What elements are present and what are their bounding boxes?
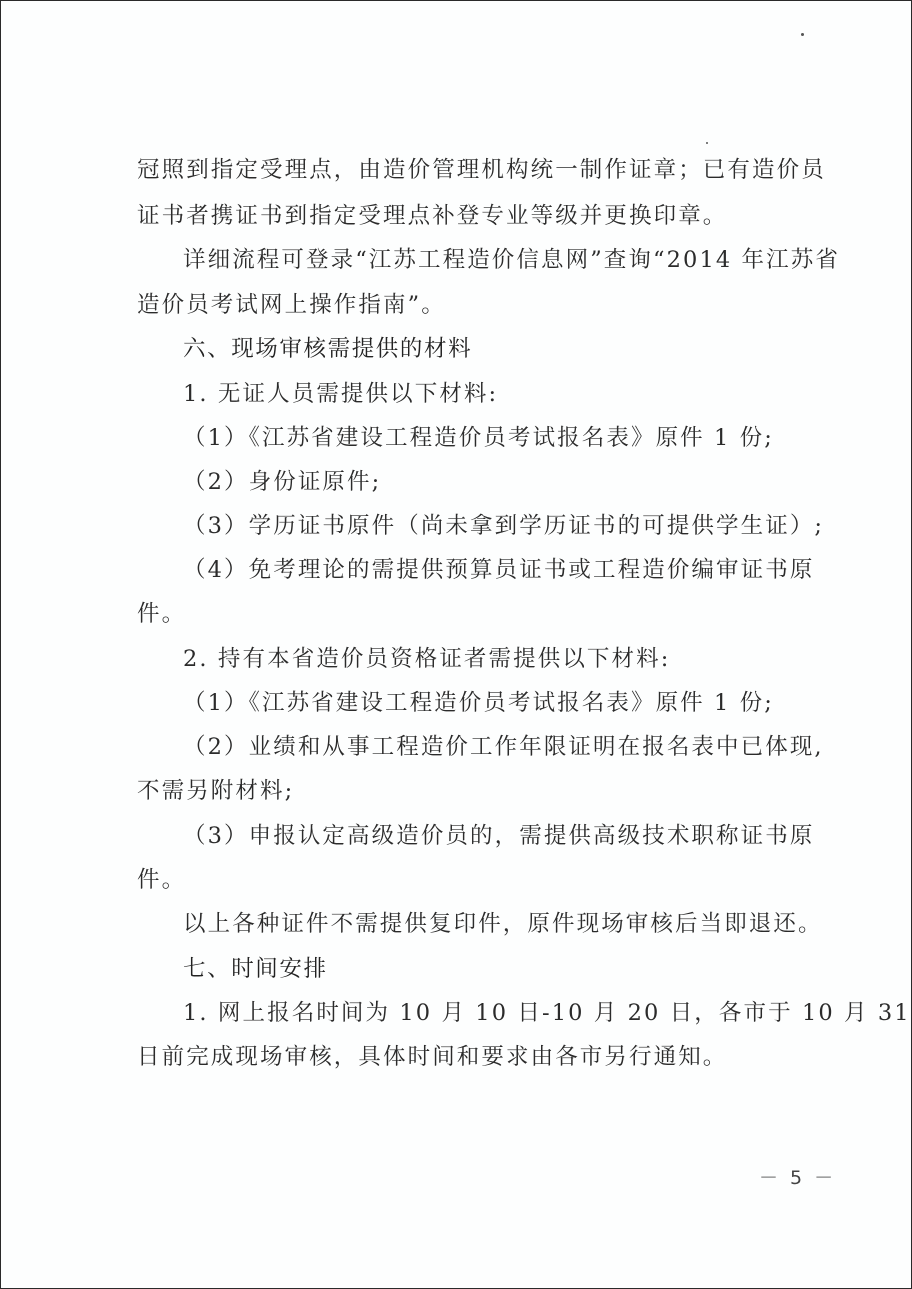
paragraph-line: 证书者携证书到指定受理点补登专业等级并更换印章。 [137, 201, 727, 231]
list-item-title: 2. 持有本省造价员资格证者需提供以下材料: [183, 644, 670, 674]
list-subitem: （1）《江苏省建设工程造价员考试报名表》原件 1 份; [183, 423, 774, 453]
paragraph-line: 冠照到指定受理点，由造价管理机构统一制作证章；已有造价员 [137, 155, 826, 185]
list-subitem: （3）学历证书原件（尚未拿到学历证书的可提供学生证）; [183, 511, 824, 541]
list-subitem: （1）《江苏省建设工程造价员考试报名表》原件 1 份; [183, 688, 774, 718]
paragraph-line: 造价员考试网上操作指南”。 [137, 290, 446, 320]
list-subitem: （4）免考理论的需提供预算员证书或工程造价编审证书原 [183, 555, 814, 585]
section-note: 以上各种证件不需提供复印件，原件现场审核后当即退还。 [183, 909, 823, 939]
section-heading-7: 七、时间安排 [183, 954, 328, 984]
list-subitem-continuation: 不需另附材料; [137, 776, 294, 806]
paragraph-line: 详细流程可登录“江苏工程造价信息网”查询“2014 年江苏省 [183, 245, 840, 275]
list-subitem: （2）业绩和从事工程造价工作年限证明在报名表中已体现, [183, 732, 824, 762]
document-page: 冠照到指定受理点，由造价管理机构统一制作证章；已有造价员 证书者携证书到指定受理… [0, 0, 912, 1289]
list-subitem-continuation: 件。 [137, 865, 186, 895]
list-subitem: （2）身份证原件; [183, 467, 381, 497]
paragraph-line: 日前完成现场审核，具体时间和要求由各市另行通知。 [137, 1042, 727, 1072]
section-heading-6: 六、现场审核需提供的材料 [183, 334, 472, 364]
paragraph-line: 1. 网上报名时间为 10 月 10 日-10 月 20 日，各市于 10 月 … [183, 998, 911, 1028]
scan-speck [801, 33, 804, 36]
list-subitem-continuation: 件。 [137, 599, 186, 629]
list-item-title: 1. 无证人员需提供以下材料: [183, 379, 498, 409]
list-subitem: （3）申报认定高级造价员的，需提供高级技术职称证书原 [183, 821, 814, 851]
scan-speck [706, 142, 708, 144]
page-number: － 5 － [759, 1163, 836, 1190]
